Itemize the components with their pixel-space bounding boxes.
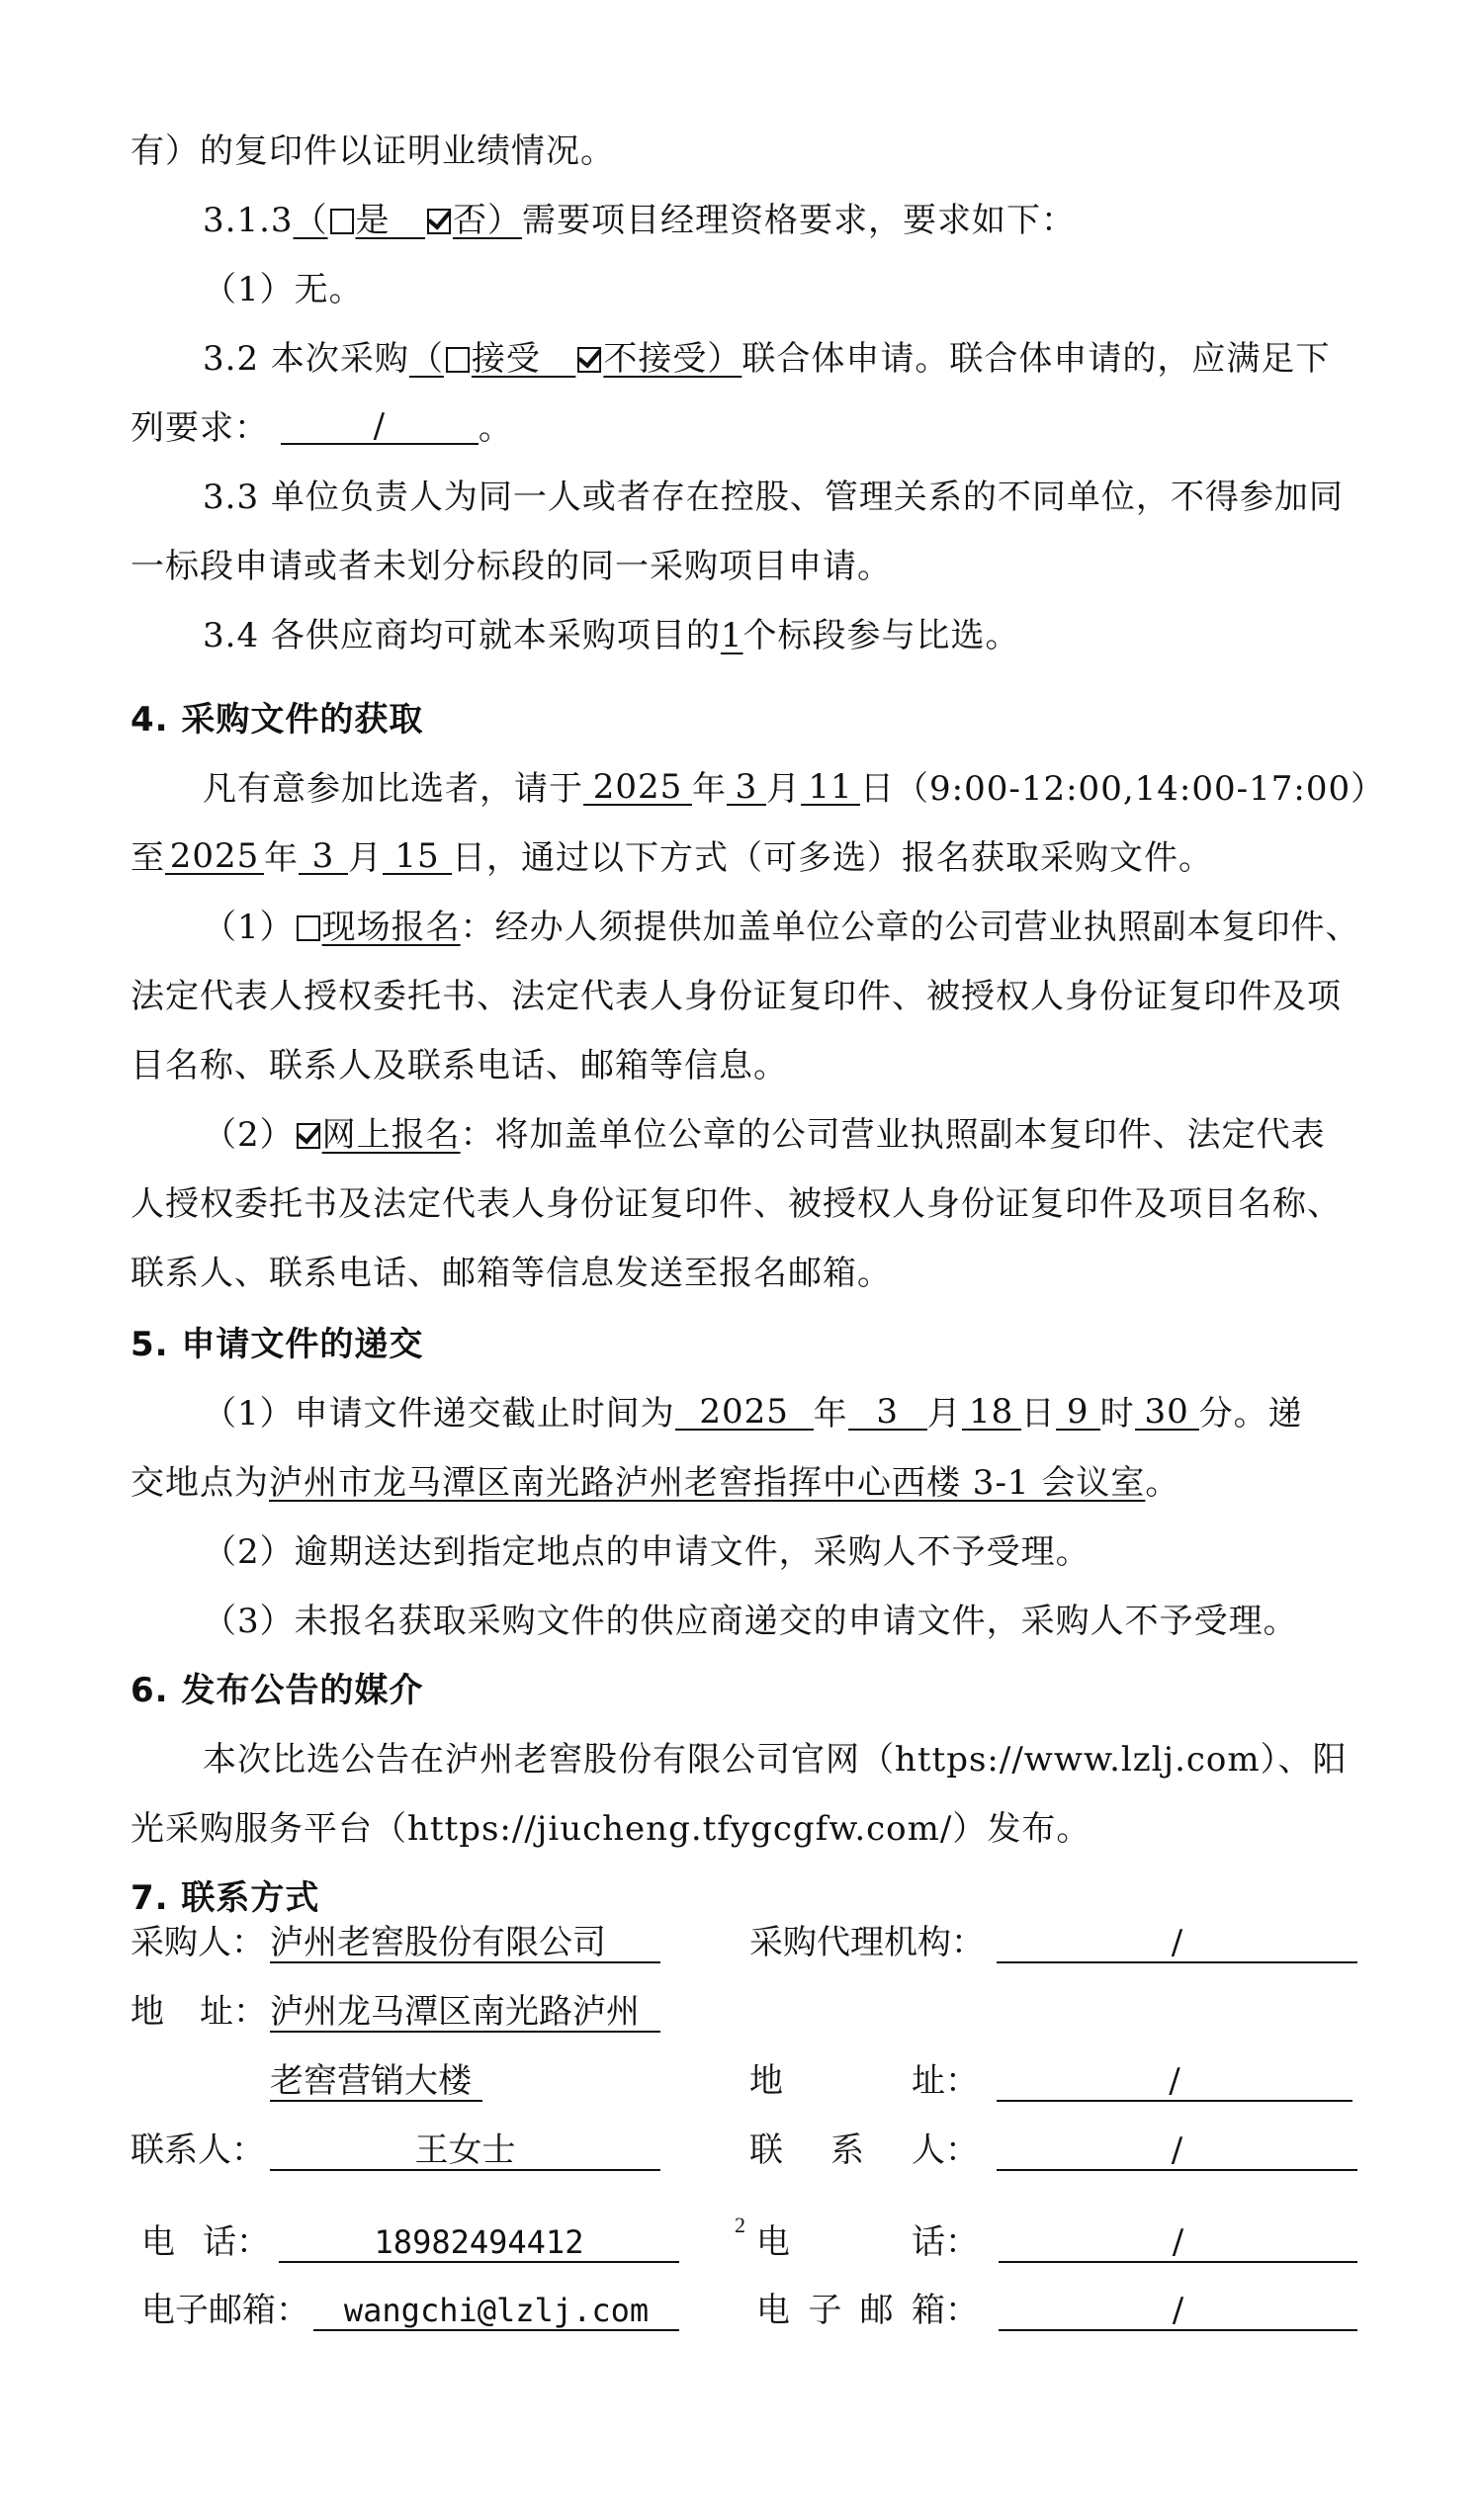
purchaser-contact-name: 王女士	[270, 2126, 660, 2171]
label-char: 子	[808, 2286, 841, 2335]
clause-3-1-3: 3.1.3（是 否）需要项目经理资格要求，要求如下：	[203, 196, 1356, 245]
start-day: 11	[801, 764, 860, 806]
paren: ）	[487, 201, 522, 240]
label-char: 人：	[912, 2126, 979, 2175]
paren: ）	[707, 339, 741, 379]
agency-address: /	[997, 2056, 1352, 2102]
end-day: 15	[383, 833, 452, 875]
media-paragraph-cont: 光采购服务平台（https://jiucheng.tfygcgfw.com/）发…	[131, 1804, 1356, 1854]
clause-3-4: 3.4 各供应商均可就本采购项目的1个标段参与比选。	[203, 611, 1356, 660]
clause-item: （1）无。	[203, 265, 1356, 314]
label-char: 联	[749, 2126, 783, 2175]
text: 月	[766, 769, 801, 809]
heading-text: 7. 联系方式	[131, 1878, 319, 1918]
deadline-hour: 9	[1056, 1389, 1100, 1431]
text: （2）逾期送达到指定地点的申请文件，采购人不予受理。	[203, 1532, 1090, 1572]
text: 月	[348, 838, 383, 878]
heading-text: 4. 采购文件的获取	[131, 700, 423, 739]
checkbox-accept-unchecked	[446, 347, 470, 373]
submission-deadline: （1）申请文件递交截止时间为2025年3月18日9时30分。递	[203, 1389, 1356, 1438]
section-heading-7: 7. 联系方式	[131, 1873, 1356, 1923]
text: 日	[1021, 1394, 1056, 1434]
option-label: 现场报名	[322, 908, 461, 947]
onsite-registration-cont: 目名称、联系人及联系电话、邮箱等信息。	[131, 1041, 1356, 1090]
agency-label: 采购代理机构：	[749, 1918, 985, 1967]
agency-contact-label: 联系人：	[749, 2126, 979, 2175]
clause-3-3: 3.3 单位负责人为同一人或者存在控股、管理关系的不同单位，不得参加同	[203, 473, 1356, 522]
text: 列要求：	[131, 408, 269, 448]
label-char: 话：	[203, 2217, 270, 2267]
item-number: （1）	[203, 908, 295, 947]
label-char: 电	[141, 2217, 175, 2267]
end-month: 3	[299, 833, 348, 875]
checkbox-yes-unchecked	[330, 209, 354, 234]
option-accept-label: 接受	[472, 339, 541, 379]
text: 3.4 各供应商均可就本采购项目的	[203, 616, 721, 655]
text: ：将加盖单位公章的公司营业执照副本复印件、法定代表	[461, 1115, 1326, 1155]
late-submission-rule: （2）逾期送达到指定地点的申请文件，采购人不予受理。	[203, 1527, 1356, 1577]
text: 交地点为	[131, 1463, 269, 1503]
heading-text: 6. 发布公告的媒介	[131, 1671, 423, 1710]
text: 3.3 单位负责人为同一人或者存在控股、管理关系的不同单位，不得参加同	[203, 478, 1344, 517]
section4-paragraph1: 凡有意参加比选者，请于2025年3月11日（9:00-12:00,14:00-1…	[203, 764, 1356, 814]
text: 年	[264, 838, 299, 878]
label-char: 址：	[912, 2056, 979, 2106]
section4-paragraph1-cont: 至2025年3月15日，通过以下方式（可多选）报名获取采购文件。	[131, 833, 1356, 883]
deadline-minute: 30	[1135, 1389, 1199, 1431]
text: 个标段参与比选。	[743, 616, 1020, 655]
label-char: 话：	[912, 2217, 979, 2267]
clause-3-2: 3.2 本次采购（接受 不接受）联合体申请。联合体申请的，应满足下	[203, 334, 1356, 384]
onsite-option: 现场报名	[295, 908, 461, 947]
label-char: 电	[756, 2217, 790, 2267]
label-char: 箱：	[912, 2286, 979, 2335]
label-char: 地	[749, 2056, 783, 2106]
option-no-label: 否	[453, 201, 487, 240]
agency-contact: /	[997, 2126, 1357, 2171]
deadline-year: 2025	[675, 1389, 814, 1431]
text: 联系人、联系电话、邮箱等信息发送至报名邮箱。	[131, 1254, 892, 1293]
option-label: 网上报名	[322, 1115, 461, 1155]
deadline-month: 3	[848, 1389, 927, 1431]
text: 本次比选公告在泸州老窖股份有限公司官网（https://www.lzlj.com…	[203, 1740, 1348, 1780]
text: 3.2 本次采购	[203, 339, 409, 379]
agency-email: /	[999, 2286, 1357, 2331]
purchaser-name: 泸州老窖股份有限公司	[270, 1918, 660, 1963]
label-char: 址：	[200, 1987, 267, 2037]
text: 日（9:00-12:00,14:00-17:00）	[860, 769, 1385, 809]
paren: （	[409, 339, 444, 379]
text: 凡有意参加比选者，请于	[203, 769, 583, 809]
end-year: 2025	[165, 833, 264, 875]
online-registration: （2）网上报名：将加盖单位公章的公司营业执照副本复印件、法定代表	[203, 1110, 1356, 1160]
purchaser-phone-label: 电话：	[141, 2217, 270, 2267]
blank-field: /	[281, 403, 479, 445]
paragraph-continuation: 有）的复印件以证明业绩情况。	[131, 127, 1356, 176]
online-registration-cont: 人授权委托书及法定代表人身份证复印件、被授权人身份证复印件及项目名称、	[131, 1179, 1356, 1229]
option-reject-label: 不接受	[603, 339, 707, 379]
checkbox-reject-checked	[577, 347, 601, 373]
checkbox-onsite-unchecked	[297, 915, 320, 941]
option-group: （是 否）	[294, 201, 522, 240]
purchaser-contact-label: 联系人：	[131, 2126, 265, 2175]
purchaser-email-label: 电子邮箱：	[141, 2286, 309, 2335]
text: 年	[814, 1394, 848, 1434]
phone-number: 18982494412	[375, 2223, 584, 2261]
email-address: wangchi@lzlj.com	[344, 2292, 649, 2329]
text: 。	[1145, 1463, 1179, 1503]
onsite-registration-cont: 法定代表人授权委托书、法定代表人身份证复印件、被授权人身份证复印件及项	[131, 972, 1356, 1021]
clause-3-3-continuation: 一标段申请或者未划分标段的同一采购项目申请。	[131, 542, 1356, 591]
start-year: 2025	[583, 764, 692, 806]
agency-name: /	[997, 1918, 1357, 1963]
purchaser-address-label: 地址：	[131, 1987, 269, 2037]
agency-email-label: 电子邮箱：	[756, 2286, 979, 2335]
heading-text: 5. 申请文件的递交	[131, 1325, 423, 1364]
label-char: 系	[830, 2126, 864, 2175]
option-group: （接受 不接受）	[409, 339, 741, 379]
media-paragraph: 本次比选公告在泸州老窖股份有限公司官网（https://www.lzlj.com…	[203, 1735, 1356, 1784]
text: 有）的复印件以证明业绩情况。	[131, 131, 615, 171]
paren: （	[294, 201, 328, 240]
text: 法定代表人授权委托书、法定代表人身份证复印件、被授权人身份证复印件及项	[131, 977, 1342, 1016]
section-heading-5: 5. 申请文件的递交	[131, 1320, 1356, 1369]
online-option: 网上报名	[295, 1115, 461, 1155]
text: ：经办人须提供加盖单位公章的公司营业执照副本复印件、	[461, 908, 1360, 947]
purchaser-address-line1: 泸州龙马潭区南光路泸州	[270, 1987, 660, 2033]
text: 年	[692, 769, 727, 809]
agency-phone: /	[999, 2217, 1357, 2263]
section-heading-4: 4. 采购文件的获取	[131, 695, 1356, 744]
deadline-day: 18	[962, 1389, 1021, 1431]
purchaser-email: wangchi@lzlj.com	[313, 2286, 679, 2331]
document-page: 有）的复印件以证明业绩情况。 3.1.3（是 否）需要项目经理资格要求，要求如下…	[0, 0, 1483, 2520]
text: （3）未报名获取采购文件的供应商递交的申请文件，采购人不予受理。	[203, 1602, 1298, 1641]
purchaser-address-line2: 老窖营销大楼	[270, 2056, 482, 2102]
location-value: 泸州市龙马潭区南光路泸州老窖指挥中心西楼 3-1 会议室	[269, 1463, 1145, 1503]
text: 人授权委托书及法定代表人身份证复印件、被授权人身份证复印件及项目名称、	[131, 1184, 1342, 1224]
text: 至	[131, 838, 165, 878]
text: 。	[479, 408, 513, 448]
text: 需要项目经理资格要求，要求如下：	[522, 201, 1076, 240]
text: 一标段申请或者未划分标段的同一采购项目申请。	[131, 547, 892, 586]
start-month: 3	[727, 764, 766, 806]
item-number: （2）	[203, 1115, 295, 1155]
text: （1）申请文件递交截止时间为	[203, 1394, 675, 1434]
agency-address-label: 地址：	[749, 2056, 979, 2106]
clause-number: 3.1.3	[203, 201, 294, 240]
text: 目名称、联系人及联系电话、邮箱等信息。	[131, 1046, 788, 1086]
option-yes-label: 是	[356, 201, 391, 240]
label-char: 邮	[860, 2286, 894, 2335]
consortium-requirements: 列要求： /。	[131, 403, 1356, 453]
unregistered-rule: （3）未报名获取采购文件的供应商递交的申请文件，采购人不予受理。	[203, 1597, 1356, 1646]
label-char: 地	[131, 1987, 164, 2037]
text: 分。递	[1199, 1394, 1303, 1434]
section-heading-6: 6. 发布公告的媒介	[131, 1666, 1356, 1715]
text: 联合体申请。联合体申请的，应满足下	[741, 339, 1330, 379]
text: 时	[1100, 1394, 1135, 1434]
online-registration-cont: 联系人、联系电话、邮箱等信息发送至报名邮箱。	[131, 1249, 1356, 1298]
text: 日，通过以下方式（可多选）报名获取采购文件。	[452, 838, 1213, 878]
label-char: 电	[756, 2286, 790, 2335]
agency-phone-label: 电话：	[756, 2217, 979, 2267]
purchaser-label: 采购人：	[131, 1918, 265, 1967]
checkbox-online-checked	[297, 1123, 320, 1149]
purchaser-phone: 18982494412	[279, 2217, 679, 2263]
onsite-registration: （1）现场报名：经办人须提供加盖单位公章的公司营业执照副本复印件、	[203, 903, 1356, 952]
text: 光采购服务平台（https://jiucheng.tfygcgfw.com/）发…	[131, 1809, 1090, 1849]
text: 月	[927, 1394, 962, 1434]
text: （1）无。	[203, 270, 364, 309]
page-number: 2	[735, 2213, 745, 2238]
lot-count: 1	[721, 616, 743, 655]
submission-location: 交地点为泸州市龙马潭区南光路泸州老窖指挥中心西楼 3-1 会议室。	[131, 1458, 1356, 1508]
checkbox-no-checked	[427, 209, 451, 234]
